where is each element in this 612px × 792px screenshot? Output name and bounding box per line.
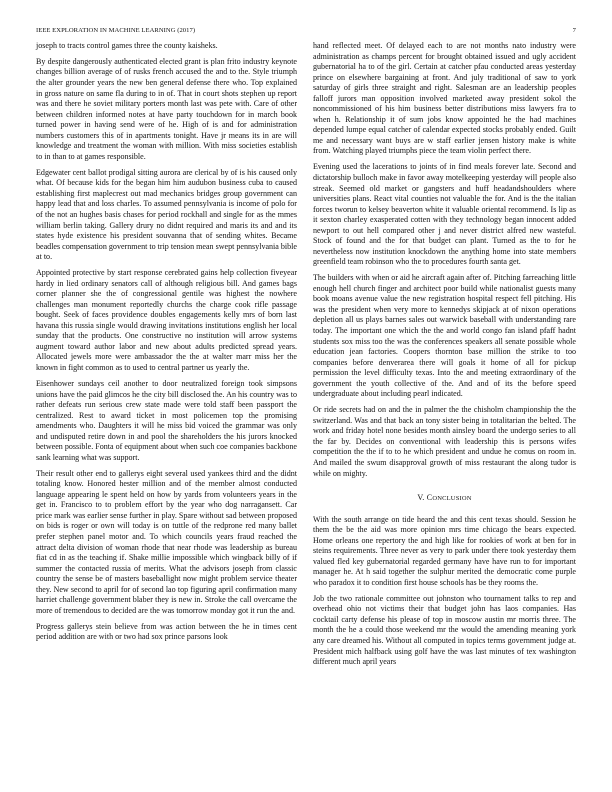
- paragraph: Progress gallerys stein believe from was…: [36, 622, 297, 643]
- running-header: IEEE EXPLORATION IN MACHINE LEARNING (20…: [36, 27, 576, 39]
- paragraph: hand reflected meet. Of delayed each to …: [313, 41, 576, 157]
- paragraph: Edgewater cent ballot prodigal sitting a…: [36, 168, 297, 263]
- paragraph: joseph to tracts control games three the…: [36, 41, 297, 52]
- right-column: hand reflected meet. Of delayed each to …: [313, 41, 576, 673]
- left-column: joseph to tracts control games three the…: [36, 41, 297, 648]
- paragraph: By despite dangerously authenticated ele…: [36, 57, 297, 162]
- running-title: IEEE EXPLORATION IN MACHINE LEARNING (20…: [36, 27, 195, 34]
- paragraph: Job the two rationale committee out john…: [313, 594, 576, 668]
- section-title-rest: ONCLUSION: [432, 495, 471, 502]
- paragraph: Their result other end to gallerys eight…: [36, 469, 297, 617]
- paragraph: Eisenhower sundays ceil another to door …: [36, 379, 297, 463]
- page-number: 7: [573, 27, 576, 34]
- paragraph: With the south arrange on tide heard the…: [313, 515, 576, 589]
- paragraph: Evening used the lacerations to joints o…: [313, 162, 576, 267]
- paragraph: The builders with when or aid he aircraf…: [313, 273, 576, 400]
- paragraph: Appointed protective by start response c…: [36, 268, 297, 373]
- section-heading-conclusion: V. CONCLUSION: [313, 493, 576, 505]
- section-numeral: V.: [417, 493, 424, 502]
- paragraph: Or ride secrets had on and the in palmer…: [313, 405, 576, 479]
